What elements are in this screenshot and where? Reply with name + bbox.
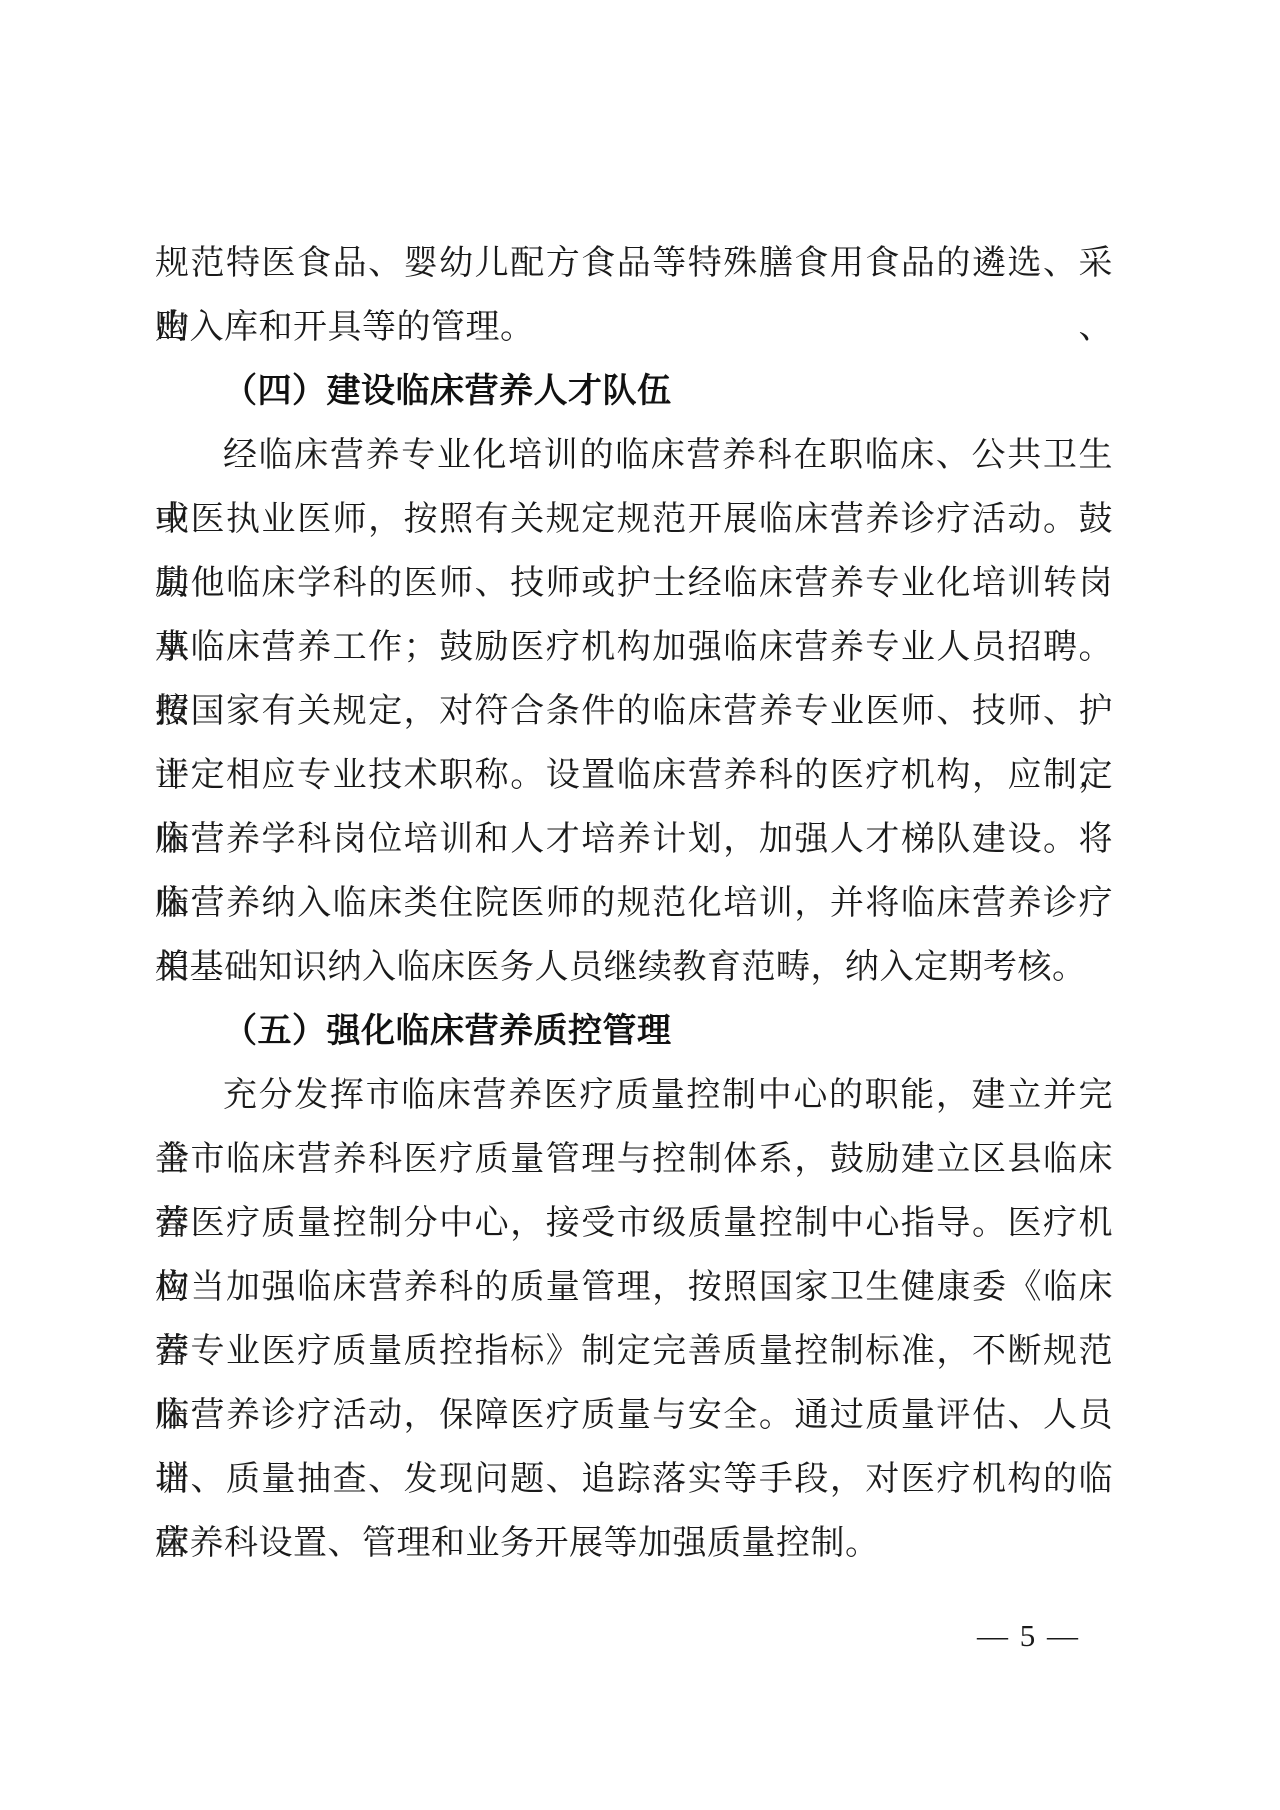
text-line: 床营养纳入临床类住院医师的规范化培训，并将临床营养诊疗相	[155, 872, 1113, 936]
text-line: 评定相应专业技术职称。设置临床营养科的医疗机构，应制定临	[155, 744, 1113, 808]
document-page: 规范特医食品、婴幼儿配方食品等特殊膳食用食品的遴选、采购、出入库和开具等的管理。…	[0, 0, 1280, 1810]
text-line: 床营养诊疗活动，保障医疗质量与安全。通过质量评估、人员培	[155, 1384, 1113, 1448]
document-content: 规范特医食品、婴幼儿配方食品等特殊膳食用食品的遴选、采购、出入库和开具等的管理。…	[155, 232, 1113, 1576]
text-line: 中医执业医师，按照有关规定规范开展临床营养诊疗活动。鼓励	[155, 488, 1113, 552]
text-line: 全市临床营养科医疗质量管理与控制体系，鼓励建立区县临床营	[155, 1128, 1113, 1192]
section-heading: （五）强化临床营养质控管理	[155, 1000, 1113, 1064]
text-line: 养医疗质量控制分中心，接受市级质量控制中心指导。医疗机构	[155, 1192, 1113, 1256]
text-line: 充分发挥市临床营养医疗质量控制中心的职能，建立并完善	[155, 1064, 1113, 1128]
text-line: 照国家有关规定，对符合条件的临床营养专业医师、技师、护士，	[155, 680, 1113, 744]
text-line: 训、质量抽查、发现问题、追踪落实等手段，对医疗机构的临床	[155, 1448, 1113, 1512]
text-line: 规范特医食品、婴幼儿配方食品等特殊膳食用食品的遴选、采购、	[155, 232, 1113, 296]
text-line: 床营养学科岗位培训和人才培养计划，加强人才梯队建设。将临	[155, 808, 1113, 872]
text-line: 其他临床学科的医师、技师或护士经临床营养专业化培训转岗从	[155, 552, 1113, 616]
text-line: 事临床营养工作；鼓励医疗机构加强临床营养专业人员招聘。按	[155, 616, 1113, 680]
text-line: 营养科设置、管理和业务开展等加强质量控制。	[155, 1512, 1113, 1576]
text-line: 关基础知识纳入临床医务人员继续教育范畴，纳入定期考核。	[155, 936, 1113, 1000]
text-line: 经临床营养专业化培训的临床营养科在职临床、公共卫生或	[155, 424, 1113, 488]
text-line: 应当加强临床营养科的质量管理，按照国家卫生健康委《临床营	[155, 1256, 1113, 1320]
text-line: 养专业医疗质量质控指标》制定完善质量控制标准，不断规范临	[155, 1320, 1113, 1384]
page-number: — 5 —	[977, 1616, 1080, 1656]
section-heading: （四）建设临床营养人才队伍	[155, 360, 1113, 424]
